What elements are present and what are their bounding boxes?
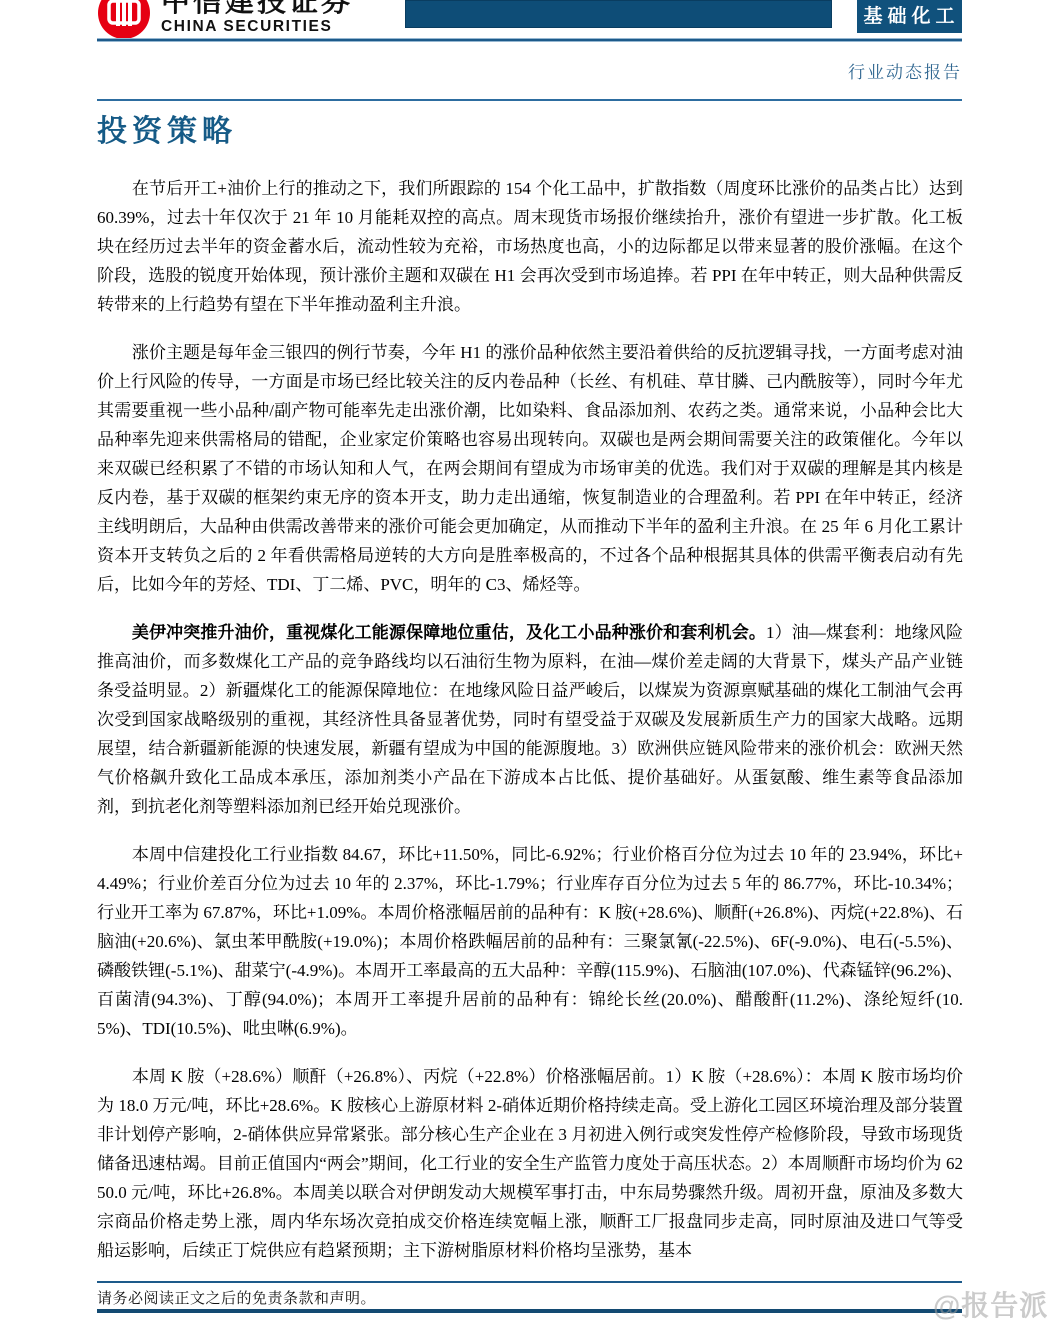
report-body: 投资策略 在节后开工+油价上行的推动之下，我们所跟踪的 154 个化工品中，扩散… <box>97 112 963 1284</box>
paragraph-2: 涨价主题是每年金三银四的例行节奏，今年 H1 的涨价品种依然主要沿着供给的反抗逻… <box>97 338 963 599</box>
header-rule-bottom <box>97 99 962 101</box>
company-name-block: 中信建投证券 CHINA SECURITIES <box>161 0 353 36</box>
paragraph-1: 在节后开工+油价上行的推动之下，我们所跟踪的 154 个化工品中，扩散指数（周度… <box>97 174 963 319</box>
footer-rule-bottom <box>97 1309 962 1313</box>
industry-badge: 基础化工 <box>857 0 962 33</box>
company-name-cn: 中信建投证券 <box>161 0 353 18</box>
company-name-en: CHINA SECURITIES <box>161 18 353 36</box>
company-logo: 中信建投证券 CHINA SECURITIES <box>97 0 353 40</box>
footer-disclaimer: 请务必阅读正文之后的免责条款和声明。 <box>97 1287 376 1308</box>
header-banner <box>405 0 832 28</box>
paragraph-2-text: 涨价主题是每年金三银四的例行节奏，今年 H1 的涨价品种依然主要沿着供给的反抗逻… <box>97 343 963 594</box>
paragraph-3: 美伊冲突推升油价，重视煤化工能源保障地位重估，及化工小品种涨价和套利机会。1）油… <box>97 618 963 821</box>
paragraph-4: 本周中信建投化工行业指数 84.67，环比+11.50%，同比-6.92%；行业… <box>97 840 963 1043</box>
paragraph-1-text: 在节后开工+油价上行的推动之下，我们所跟踪的 154 个化工品中，扩散指数（周度… <box>97 179 963 314</box>
citic-logo-icon <box>97 0 151 40</box>
paragraph-5: 本周 K 胺（+28.6%）顺酐（+26.8%）、丙烷（+22.8%）价格涨幅居… <box>97 1062 963 1265</box>
paragraph-3-text: 1）油—煤套利：地缘风险推高油价，而多数煤化工产品的竞争路线均以石油衍生物为原料… <box>97 623 963 816</box>
paragraph-5-text: 本周 K 胺（+28.6%）顺酐（+26.8%）、丙烷（+22.8%）价格涨幅居… <box>97 1067 963 1260</box>
paragraph-4-text: 本周中信建投化工行业指数 84.67，环比+11.50%，同比-6.92%；行业… <box>97 845 963 1038</box>
watermark: @报告派 <box>933 1284 1048 1320</box>
report-page: 中信建投证券 CHINA SECURITIES 基础化工 行业动态报告 投资策略… <box>0 0 1060 1320</box>
paragraph-3-lead: 美伊冲突推升油价，重视煤化工能源保障地位重估，及化工小品种涨价和套利机会。 <box>132 623 766 642</box>
footer-rule-top <box>97 1281 962 1283</box>
report-type-label: 行业动态报告 <box>848 58 962 83</box>
header-rule-top <box>97 38 962 42</box>
section-title: 投资策略 <box>97 112 963 152</box>
